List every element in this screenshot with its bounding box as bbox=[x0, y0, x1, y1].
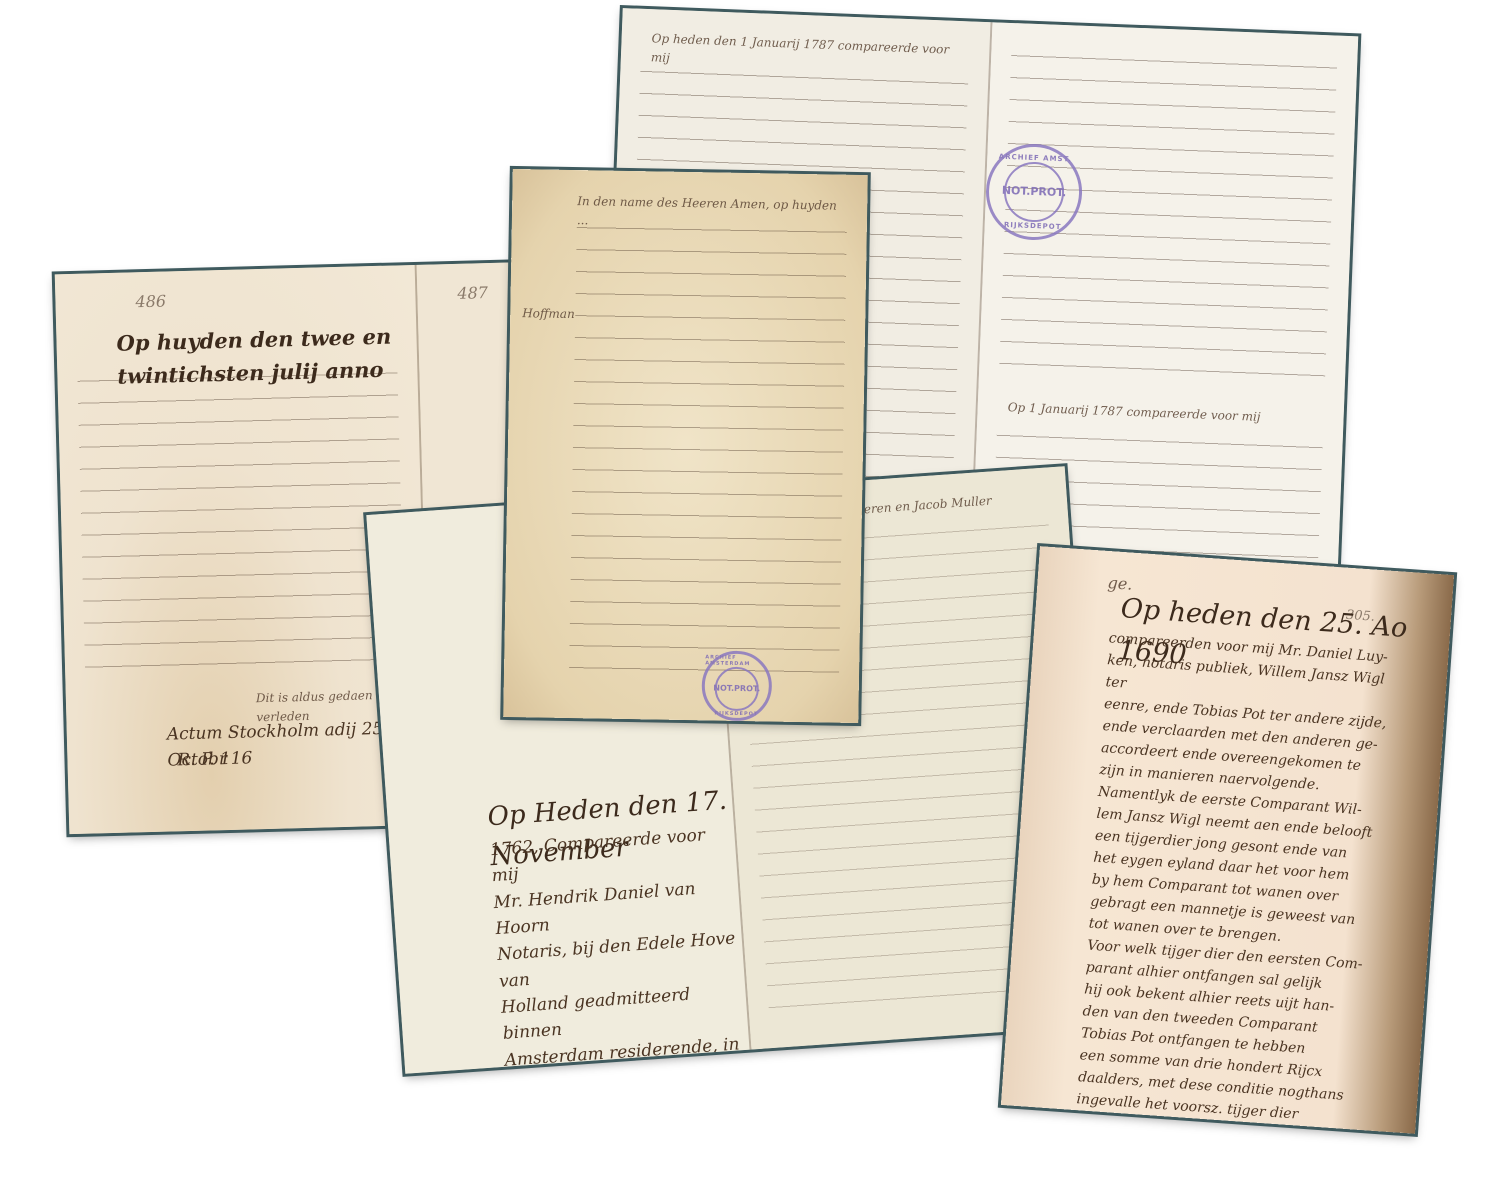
handwritten-text bbox=[569, 215, 847, 690]
handwritten-paragraph: 1762, Compareerde voor mij Mr. Hendrik D… bbox=[489, 820, 749, 1074]
archive-stamp: ARCHIEF AMSTERDAM NOT.PROT. RIJKSDEPOT bbox=[701, 650, 772, 721]
folio-number: 487 bbox=[457, 283, 488, 303]
stamp-ring-top: ARCHIEF AMSTERDAM bbox=[705, 655, 769, 668]
signoff-mark: R. P. 116 bbox=[177, 745, 253, 773]
stamp-ring-bottom: RIJKSDEPOT bbox=[714, 710, 758, 717]
right-manuscript-book: ge. 305. Op heden den 25. Ao 1690 compar… bbox=[1001, 546, 1454, 1134]
center-manuscript-sheet: Hoffman In den name des Heeren Amen, op … bbox=[503, 169, 868, 723]
stamp-ring-bottom: RIJKSDEPOT bbox=[1004, 221, 1062, 231]
handwritten-text bbox=[77, 360, 405, 668]
stamp-center: NOT.PROT. bbox=[1002, 184, 1067, 199]
handwritten-paragraph: compareerden voor mij Mr. Daniel Luy- ke… bbox=[1076, 627, 1409, 1131]
folio-number: 486 bbox=[135, 291, 166, 311]
margin-note: Hoffman bbox=[522, 304, 575, 324]
stamp-center: NOT.PROT. bbox=[713, 684, 760, 694]
